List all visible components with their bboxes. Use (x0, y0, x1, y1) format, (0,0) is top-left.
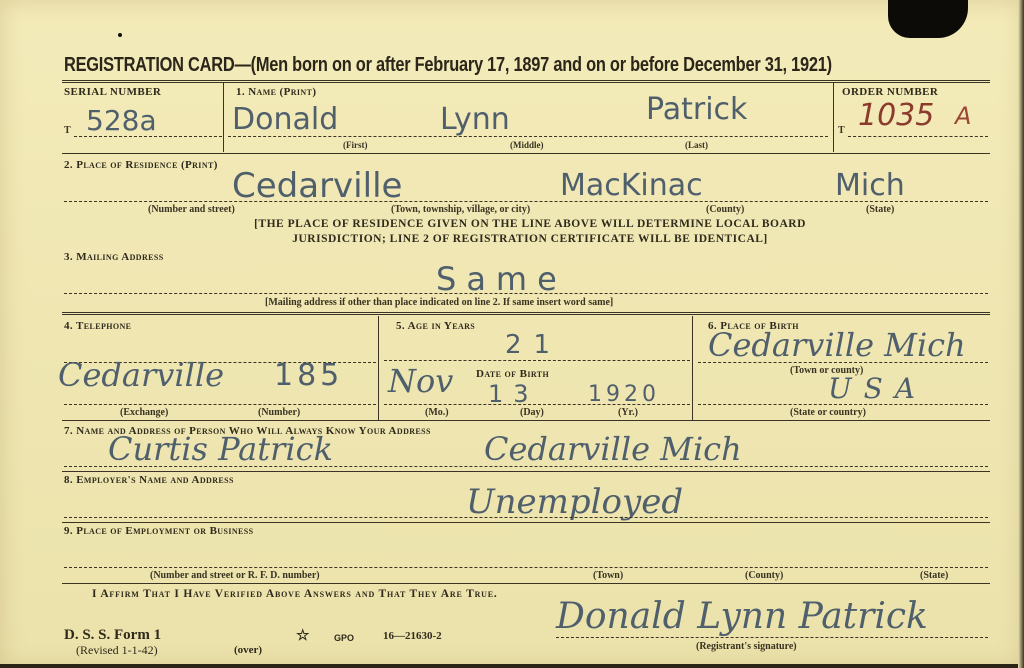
date-of-birth-label: Date of Birth (476, 368, 549, 380)
caption-state: (State) (920, 570, 948, 581)
caption-street: (Number and street) (148, 204, 235, 215)
birthplace-country: USA (828, 372, 927, 405)
divider (62, 312, 990, 315)
contact-person-address: Cedarville Mich (484, 430, 742, 468)
residence-town: Cedarville (232, 166, 402, 206)
dashed-line (384, 360, 690, 361)
caption-county: (County) (745, 570, 783, 581)
telephone-number: 185 (274, 358, 343, 393)
ink-blot (888, 0, 968, 38)
dashed-line (384, 404, 690, 405)
divider (692, 316, 693, 420)
caption-month: (Mo.) (425, 407, 449, 418)
caption-day: (Day) (520, 407, 544, 418)
signature-line (556, 637, 988, 638)
caption-county: (County) (706, 204, 744, 215)
divider (62, 522, 990, 523)
caption-town: (Town) (593, 570, 623, 581)
mailing-address-label: 3. Mailing Address (64, 251, 164, 263)
dashed-line (74, 136, 222, 137)
dashed-line (64, 201, 988, 202)
caption-exchange: (Exchange) (120, 407, 168, 418)
telephone-label: 4. Telephone (64, 320, 131, 332)
name-first: Donald (232, 102, 338, 137)
serial-number-label: SERIAL NUMBER (64, 86, 161, 98)
dashed-line (64, 404, 376, 405)
serial-number-value: 528a (86, 104, 157, 137)
employer-value: Unemployed (466, 482, 683, 522)
name-middle: Lynn (440, 102, 510, 137)
contact-person-name: Curtis Patrick (108, 430, 333, 468)
divider (62, 471, 990, 472)
dashed-line (64, 517, 988, 518)
print-code: 16—21630-2 (383, 630, 442, 642)
order-prefix: T (838, 125, 845, 136)
caption-street-rfd: (Number and street or R. F. D. number) (150, 570, 320, 581)
order-number-label: ORDER NUMBER (842, 86, 938, 98)
age-value: 21 (505, 330, 562, 360)
divider (62, 583, 990, 584)
ink-dot (118, 33, 122, 37)
birth-month: Nov (388, 362, 453, 400)
telephone-exchange: Cedarville (58, 356, 224, 394)
dashed-line (698, 362, 988, 363)
caption-first: (First) (343, 140, 368, 150)
birthplace-town: Cedarville Mich (708, 326, 966, 364)
registration-card: REGISTRATION CARD—(Men born on or after … (0, 0, 1024, 668)
jurisdiction-notice-line-1: [THE PLACE OF RESIDENCE GIVEN ON THE LIN… (120, 217, 940, 232)
caption-town: (Town, township, village, or city) (391, 204, 530, 215)
form-number: D. S. S. Form 1 (64, 627, 161, 644)
jurisdiction-notice-line-2: JURISDICTION; LINE 2 OF REGISTRATION CER… (120, 232, 940, 247)
caption-number: (Number) (258, 407, 300, 418)
divider (833, 82, 834, 152)
form-revised: (Revised 1-1-42) (76, 643, 158, 658)
mailing-address-caption: [Mailing address if other than place ind… (265, 297, 613, 308)
dashed-line (698, 404, 988, 405)
dashed-line (64, 567, 988, 568)
caption-state-country: (State or country) (790, 407, 866, 418)
divider (223, 82, 224, 152)
dashed-line (64, 293, 988, 294)
caption-state: (State) (866, 204, 894, 215)
affirmation-text: I Affirm That I Have Verified Above Answ… (92, 588, 498, 600)
dashed-line (228, 136, 828, 137)
divider (62, 80, 990, 83)
serial-prefix: T (64, 125, 71, 136)
residence-label: 2. Place of Residence (Print) (64, 159, 218, 171)
star-icon: ☆ (296, 626, 309, 645)
residence-state: Mich (835, 168, 905, 203)
divider (62, 153, 990, 154)
caption-last: (Last) (685, 140, 708, 150)
divider (378, 316, 379, 420)
name-last: Patrick (646, 92, 747, 127)
card-title: REGISTRATION CARD—(Men born on or after … (64, 54, 832, 77)
residence-county: MacKinac (560, 168, 703, 203)
age-label: 5. Age in Years (396, 320, 475, 332)
signature-caption: (Registrant's signature) (696, 641, 797, 652)
gpo-mark: GPO (334, 633, 354, 643)
dashed-line (848, 136, 988, 137)
order-number-value: 1035 (858, 98, 934, 133)
name-label: 1. Name (Print) (236, 86, 316, 98)
caption-middle: (Middle) (510, 140, 544, 150)
order-number-suffix: A (955, 102, 971, 130)
place-of-employment-label: 9. Place of Employment or Business (64, 525, 253, 537)
registrant-signature: Donald Lynn Patrick (556, 596, 928, 637)
caption-year: (Yr.) (618, 407, 638, 418)
over-note: (over) (234, 644, 262, 656)
dashed-line (64, 466, 988, 467)
divider (62, 420, 990, 421)
employer-label: 8. Employer's Name and Address (64, 474, 234, 486)
